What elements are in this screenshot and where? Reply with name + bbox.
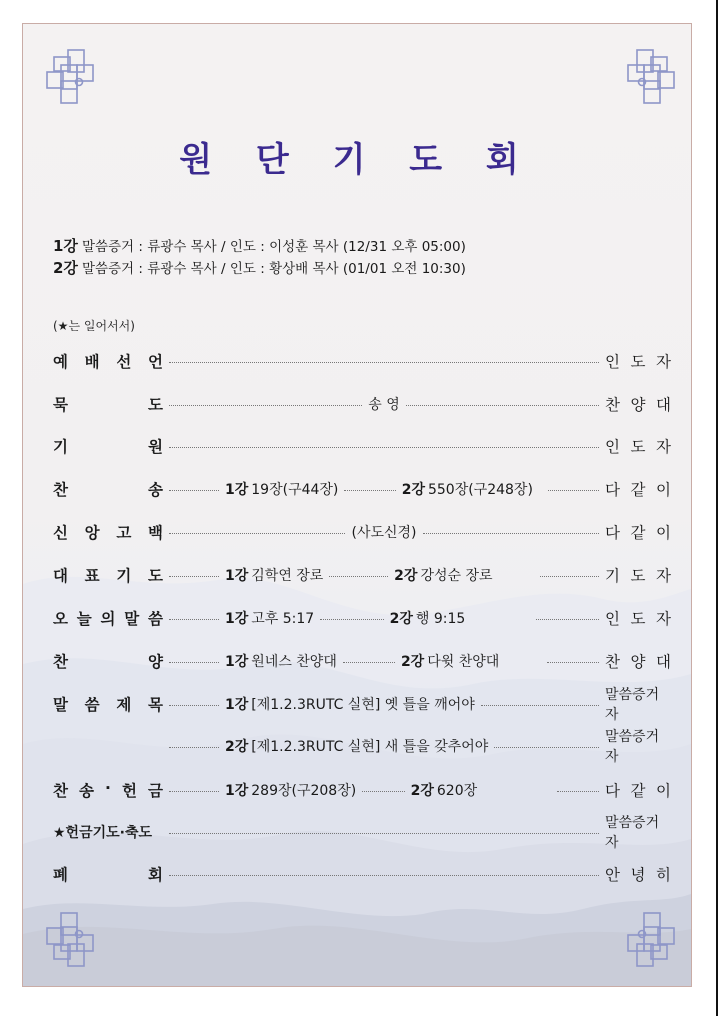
label-char: 씀 xyxy=(148,607,163,629)
cross-ornament-icon xyxy=(618,48,676,106)
role-char: 도 xyxy=(631,564,646,586)
session-number: 2강 xyxy=(225,739,248,755)
role-char: 도 xyxy=(631,607,646,629)
order-item-role: 다같이 xyxy=(605,779,671,801)
session-number: 1강 xyxy=(225,783,248,799)
dotted-leader xyxy=(343,662,395,663)
role-char: 같 xyxy=(631,779,646,801)
session-number: 1강 xyxy=(225,697,248,713)
label-char: 찬 xyxy=(53,779,68,801)
order-item-role: 인도자 xyxy=(605,607,671,629)
session-entry: 2강620장 xyxy=(411,780,551,800)
role-char: 인 xyxy=(605,350,620,372)
order-item-label: ★헌금기도·축도 xyxy=(53,822,163,842)
role-char: 안 xyxy=(605,863,620,885)
label-char: 대 xyxy=(53,564,68,586)
dotted-leader xyxy=(169,490,219,491)
order-item-role: 말씀증거자 xyxy=(605,812,671,852)
dotted-leader xyxy=(494,747,599,748)
order-item-role: 기도자 xyxy=(605,564,671,586)
session-entry: 1강[제1.2.3RUTC 실현] 옛 틀을 깨어야 xyxy=(225,694,475,714)
role-char: 녕 xyxy=(631,863,646,885)
label-char: 금 xyxy=(148,779,163,801)
label-char: 제 xyxy=(116,693,131,715)
session-text: 원네스 찬양대 xyxy=(251,654,337,670)
order-item-label: 대표기도 xyxy=(53,564,163,586)
session-number: 1강 xyxy=(225,568,248,584)
label-char: 목 xyxy=(148,693,163,715)
order-item-role: 찬양대 xyxy=(605,393,671,415)
order-row: 말씀제목1강[제1.2.3RUTC 실현] 옛 틀을 깨어야말씀증거자 xyxy=(53,692,671,716)
session-number: 1강 xyxy=(225,611,248,627)
dotted-leader xyxy=(547,662,599,663)
session-entry: 2강다윗 찬양대 xyxy=(401,651,541,671)
label-char: 찬 xyxy=(53,478,68,500)
role-char: 기 xyxy=(605,564,620,586)
label-char: 송 xyxy=(79,779,94,801)
label-char: 늘 xyxy=(77,607,92,629)
cross-ornament-icon xyxy=(45,910,103,968)
order-row: x2강[제1.2.3RUTC 실현] 새 틀을 갖추어야말씀증거자 xyxy=(53,734,671,758)
dotted-leader xyxy=(169,447,599,448)
dotted-leader xyxy=(169,791,219,792)
dotted-leader xyxy=(169,705,219,706)
role-char: 도 xyxy=(631,350,646,372)
label-char: 선 xyxy=(116,350,131,372)
role-char: 히 xyxy=(656,863,671,885)
page-edge-rule xyxy=(716,0,718,1016)
session-entry: 2강550장(구248장) xyxy=(402,479,542,499)
dotted-leader xyxy=(169,833,599,834)
role-char: 같 xyxy=(631,521,646,543)
label-char: 회 xyxy=(148,863,163,885)
label-char: 오 xyxy=(53,607,68,629)
session-entry: 2강행 9:15 xyxy=(390,608,530,628)
session-info: 1강말씀증거 : 류광수 목사 / 인도 : 이성훈 목사 (12/31 오후 … xyxy=(53,236,466,280)
order-item-label: 폐회 xyxy=(53,863,163,885)
order-item-label: 찬양 xyxy=(53,650,163,672)
session-entry: 1강원네스 찬양대 xyxy=(225,651,337,671)
role-char: 대 xyxy=(656,393,671,415)
dotted-leader xyxy=(169,362,599,363)
role-char: 양 xyxy=(631,393,646,415)
label-char: 말 xyxy=(53,693,68,715)
order-row: 찬송1강19장(구44장)2강550장(구248장)다같이 xyxy=(53,477,671,501)
role-char: 도 xyxy=(631,435,646,457)
dotted-leader xyxy=(406,405,599,406)
label-char: 송 xyxy=(148,478,163,500)
order-item-label: 오늘의말씀 xyxy=(53,607,163,629)
label-char: 양 xyxy=(148,650,163,672)
label-char: 백 xyxy=(148,521,163,543)
label-char: 원 xyxy=(148,435,163,457)
dotted-leader xyxy=(329,576,388,577)
standing-note: (★는 일어서서) xyxy=(53,317,135,334)
label-char: · xyxy=(105,779,111,801)
role-char: 다 xyxy=(605,779,620,801)
role-char: 자 xyxy=(656,435,671,457)
order-row: 기원인도자 xyxy=(53,434,671,458)
order-item-content: (사도신경) xyxy=(351,522,416,542)
order-row: 신앙고백(사도신경)다같이 xyxy=(53,520,671,544)
session-number: 2강 xyxy=(411,783,434,799)
role-char: 이 xyxy=(656,779,671,801)
session-number: 1강 xyxy=(225,482,248,498)
order-item-label: 찬송 xyxy=(53,478,163,500)
order-row: 대표기도1강김학연 장로2강강성순 장로기도자 xyxy=(53,563,671,587)
session-text: 289장(구208장) xyxy=(251,783,356,799)
order-item-content: 송 영 xyxy=(368,394,400,414)
order-row: 예배선언인도자 xyxy=(53,349,671,373)
session-entry: 2강[제1.2.3RUTC 실현] 새 틀을 갖추어야 xyxy=(225,736,488,756)
role-char: 찬 xyxy=(605,650,620,672)
role-char: 이 xyxy=(656,478,671,500)
dotted-leader xyxy=(548,490,599,491)
dotted-leader xyxy=(169,619,219,620)
order-row: 묵도송 영찬양대 xyxy=(53,392,671,416)
dotted-leader xyxy=(344,490,395,491)
order-row: 찬양1강원네스 찬양대2강다윗 찬양대찬양대 xyxy=(53,649,671,673)
session-number: 2강 xyxy=(402,482,425,498)
dotted-leader xyxy=(169,875,599,876)
label-char: 도 xyxy=(148,393,163,415)
session-text: 강성순 장로 xyxy=(420,568,492,584)
label-char: 헌 xyxy=(122,779,137,801)
session-line: 1강말씀증거 : 류광수 목사 / 인도 : 이성훈 목사 (12/31 오후 … xyxy=(53,236,466,258)
session-entry: 2강강성순 장로 xyxy=(394,565,534,585)
order-row: 찬송·헌금1강289장(구208장)2강620장다같이 xyxy=(53,778,671,802)
order-item-role: 다같이 xyxy=(605,521,671,543)
label-char: 씀 xyxy=(85,693,100,715)
label-char: 기 xyxy=(116,564,131,586)
session-text: 행 9:15 xyxy=(416,611,465,627)
dotted-leader xyxy=(540,576,599,577)
session-text: [제1.2.3RUTC 실현] 옛 틀을 깨어야 xyxy=(251,697,475,713)
session-text: 550장(구248장) xyxy=(428,482,533,498)
role-char: 자 xyxy=(656,564,671,586)
order-item-label: 기원 xyxy=(53,435,163,457)
dotted-leader xyxy=(169,662,219,663)
dotted-leader xyxy=(169,533,345,534)
session-text: 다윗 찬양대 xyxy=(427,654,499,670)
role-char: 자 xyxy=(656,607,671,629)
order-item-role: 찬양대 xyxy=(605,650,671,672)
dotted-leader xyxy=(169,747,219,748)
role-char: 이 xyxy=(656,521,671,543)
dotted-leader xyxy=(362,791,404,792)
session-number: 2강 xyxy=(390,611,413,627)
order-item-role: 인도자 xyxy=(605,435,671,457)
role-char: 대 xyxy=(656,650,671,672)
order-item-label: 찬송·헌금 xyxy=(53,779,163,801)
cross-ornament-icon xyxy=(618,910,676,968)
order-item-label: 예배선언 xyxy=(53,350,163,372)
order-row: 오늘의말씀1강고후 5:172강행 9:15인도자 xyxy=(53,606,671,630)
order-item-label: 묵도 xyxy=(53,393,163,415)
label-char: 도 xyxy=(148,564,163,586)
session-number: 2강 xyxy=(394,568,417,584)
label-char: 앙 xyxy=(85,521,100,543)
role-char: 인 xyxy=(605,607,620,629)
session-entry: 1강289장(구208장) xyxy=(225,780,356,800)
order-item-label: 신앙고백 xyxy=(53,521,163,543)
dotted-leader xyxy=(169,405,362,406)
order-row: ★헌금기도·축도말씀증거자 xyxy=(53,820,671,844)
role-char: 다 xyxy=(605,478,620,500)
label-char: 고 xyxy=(116,521,131,543)
dotted-leader xyxy=(536,619,599,620)
label-char: 예 xyxy=(53,350,68,372)
dotted-leader xyxy=(423,533,599,534)
cross-ornament-icon xyxy=(45,48,103,106)
order-item-role: 말씀증거자 xyxy=(605,726,671,766)
session-text: 김학연 장로 xyxy=(251,568,323,584)
role-char: 찬 xyxy=(605,393,620,415)
role-char: 자 xyxy=(656,350,671,372)
role-char: 인 xyxy=(605,435,620,457)
label-char: 말 xyxy=(124,607,139,629)
session-entry: 1강고후 5:17 xyxy=(225,608,314,628)
session-entry: 1강김학연 장로 xyxy=(225,565,323,585)
order-row: 폐회안녕히 xyxy=(53,862,671,886)
dotted-leader xyxy=(557,791,599,792)
session-number: 1강 xyxy=(225,654,248,670)
order-item-role: 말씀증거자 xyxy=(605,684,671,724)
session-line: 2강말씀증거 : 류광수 목사 / 인도 : 황상배 목사 (01/01 오전 … xyxy=(53,258,466,280)
dotted-leader xyxy=(320,619,383,620)
dotted-leader xyxy=(169,576,219,577)
order-item-role: 다같이 xyxy=(605,478,671,500)
role-char: 같 xyxy=(631,478,646,500)
session-number: 2강 xyxy=(401,654,424,670)
page-title: 원 단 기 도 회 xyxy=(23,132,691,181)
session-text: 고후 5:17 xyxy=(251,611,314,627)
label-char: 의 xyxy=(101,607,116,629)
session-text: 620장 xyxy=(437,783,477,799)
session-text: [제1.2.3RUTC 실현] 새 틀을 갖추어야 xyxy=(251,739,488,755)
label-char: 신 xyxy=(53,521,68,543)
label-char: 폐 xyxy=(53,863,68,885)
label-char: 묵 xyxy=(53,393,68,415)
dotted-leader xyxy=(481,705,599,706)
session-entry: 1강19장(구44장) xyxy=(225,479,338,499)
order-item-role: 안녕히 xyxy=(605,863,671,885)
label-char: 찬 xyxy=(53,650,68,672)
label-char: 기 xyxy=(53,435,68,457)
label-char: 언 xyxy=(148,350,163,372)
bulletin-page: 원 단 기 도 회 1강말씀증거 : 류광수 목사 / 인도 : 이성훈 목사 … xyxy=(22,23,692,987)
role-char: 다 xyxy=(605,521,620,543)
order-item-label: 말씀제목 xyxy=(53,693,163,715)
label-char: 배 xyxy=(85,350,100,372)
label-char: 표 xyxy=(85,564,100,586)
order-item-role: 인도자 xyxy=(605,350,671,372)
role-char: 양 xyxy=(631,650,646,672)
session-text: 19장(구44장) xyxy=(251,482,338,498)
